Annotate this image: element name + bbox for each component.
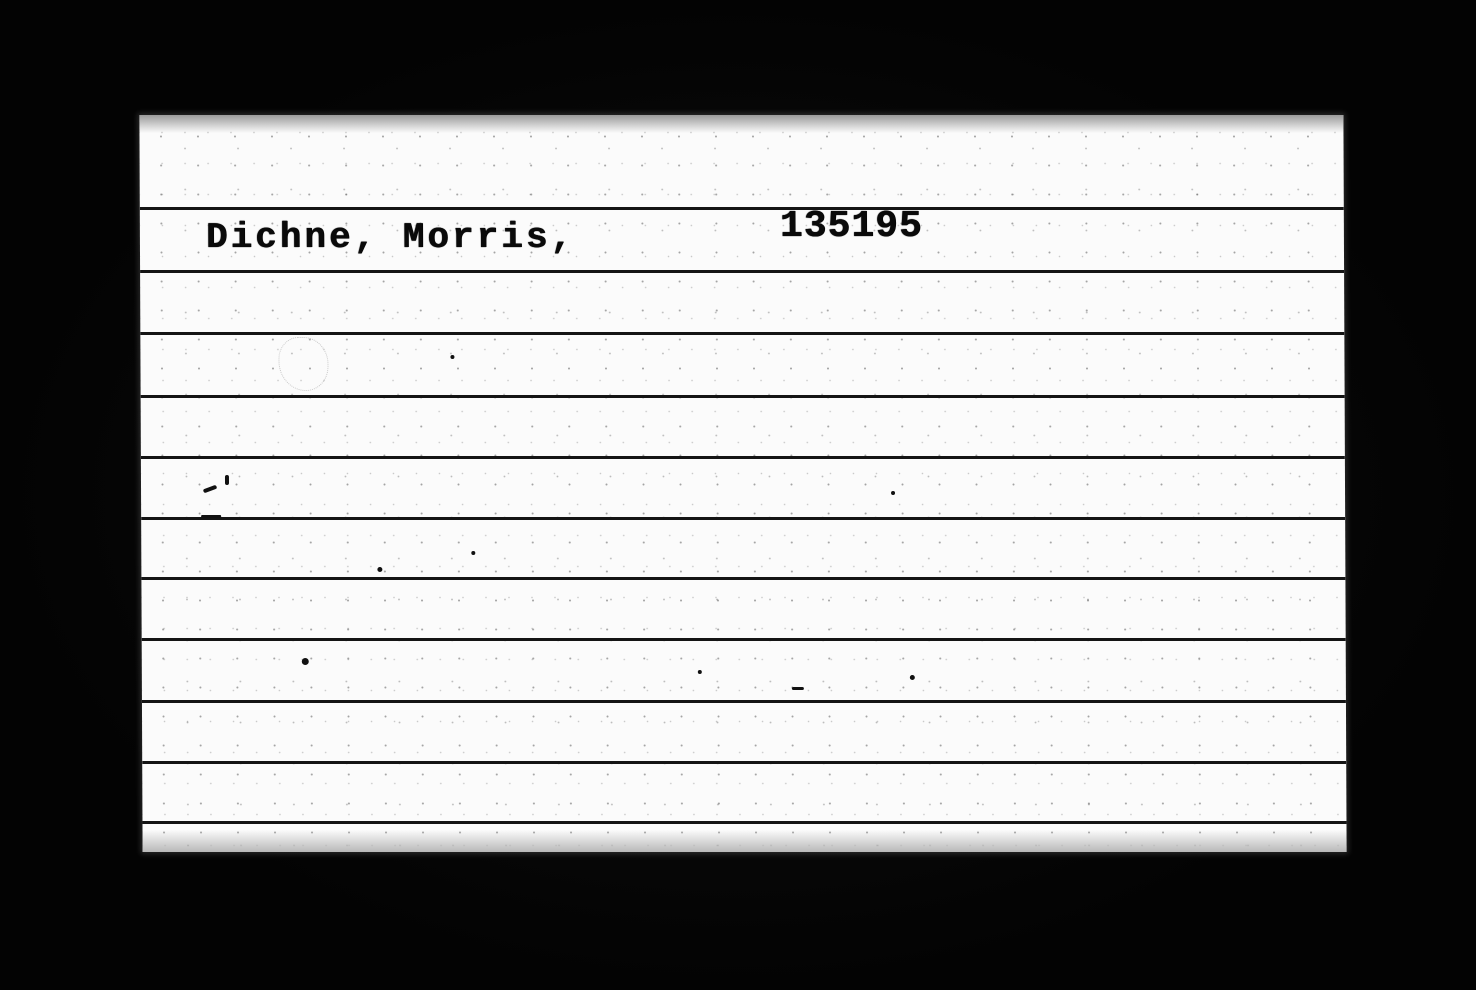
ink-spot xyxy=(450,355,454,359)
entry-number: 135195 xyxy=(780,205,923,248)
ruled-line xyxy=(142,638,1346,641)
card-top-edge xyxy=(139,115,1343,133)
ink-spot xyxy=(377,567,382,572)
ink-spot xyxy=(698,670,702,674)
ruled-line xyxy=(141,577,1345,580)
ruled-line xyxy=(141,517,1345,520)
ruled-line xyxy=(142,821,1346,824)
entry-name: Dichne, Morris, xyxy=(206,217,575,258)
ink-mark xyxy=(225,475,229,485)
ruled-line xyxy=(142,700,1346,703)
index-card: Dichne, Morris, 135195 xyxy=(139,115,1346,852)
ink-spot xyxy=(302,658,309,665)
card-bottom-edge xyxy=(143,830,1347,852)
ruled-line xyxy=(140,270,1344,273)
ruled-line xyxy=(141,456,1345,459)
ruled-line xyxy=(141,395,1345,398)
ink-mark xyxy=(792,687,804,690)
ink-mark xyxy=(201,515,221,518)
ink-spot xyxy=(471,551,475,555)
ruled-line xyxy=(140,207,1344,210)
ruled-line xyxy=(142,761,1346,764)
ink-spot xyxy=(891,491,895,495)
ink-spot xyxy=(910,675,915,680)
ruled-line xyxy=(140,332,1344,335)
